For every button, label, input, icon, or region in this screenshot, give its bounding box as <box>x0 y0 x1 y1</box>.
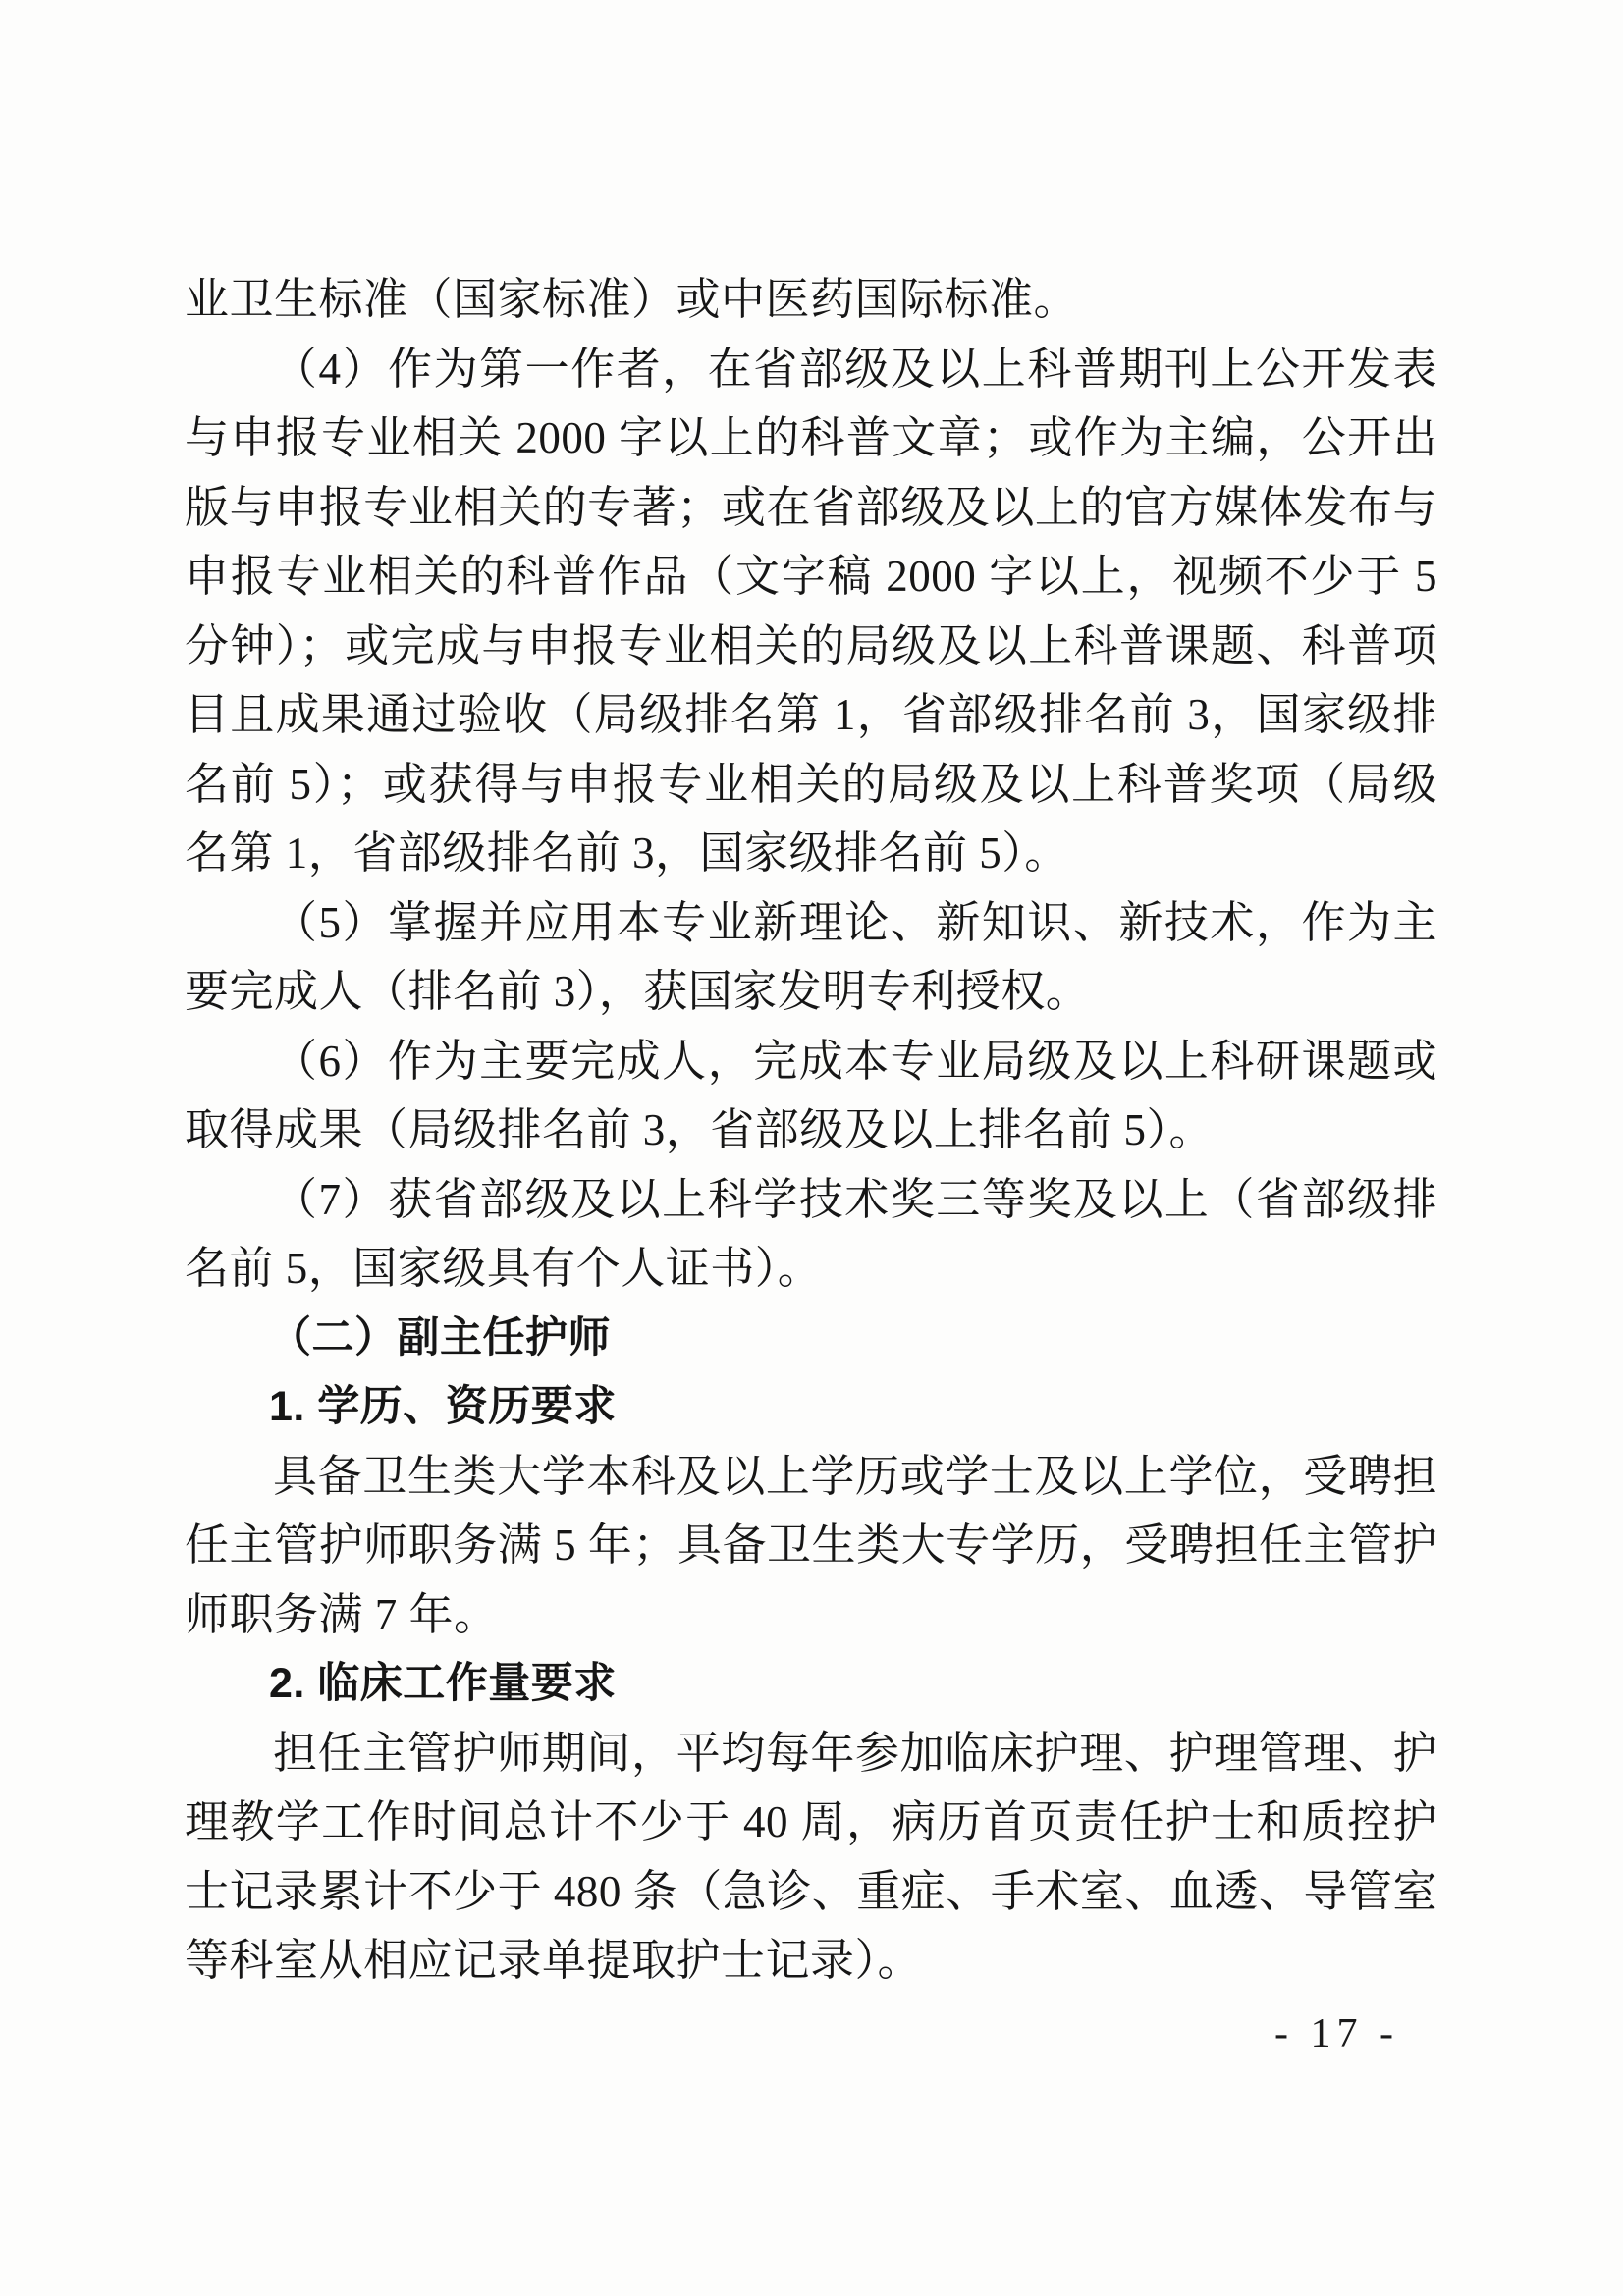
text-line: 等科室从相应记录单提取护士记录）。 <box>185 1926 1437 1996</box>
text-line: （4）作为第一作者，在省部级及以上科普期刊上公开发表 <box>185 335 1437 404</box>
text-line: 名前 5）；或获得与申报专业相关的局级及以上科普奖项（局级排 <box>185 750 1437 820</box>
text-line: 1. 学历、资历要求 <box>185 1372 1437 1442</box>
text-line: 业卫生标准（国家标准）或中医药国际标准。 <box>185 265 1437 335</box>
document-page: 业卫生标准（国家标准）或中医药国际标准。（4）作为第一作者，在省部级及以上科普期… <box>0 0 1623 2296</box>
text-line: 担任主管护师期间，平均每年参加临床护理、护理管理、护 <box>185 1719 1437 1789</box>
text-line: 取得成果（局级排名前 3，省部级及以上排名前 5）。 <box>185 1095 1437 1165</box>
text-line: 名第 1，省部级排名前 3，国家级排名前 5）。 <box>185 819 1437 888</box>
text-line: 与申报专业相关 2000 字以上的科普文章；或作为主编，公开出 <box>185 403 1437 473</box>
document-body: 业卫生标准（国家标准）或中医药国际标准。（4）作为第一作者，在省部级及以上科普期… <box>185 265 1437 1996</box>
text-line: 申报专业相关的科普作品（文字稿 2000 字以上，视频不少于 5 <box>185 542 1437 612</box>
text-line: 师职务满 7 年。 <box>185 1580 1437 1650</box>
text-line: （6）作为主要完成人，完成本专业局级及以上科研课题或 <box>185 1027 1437 1096</box>
text-line: 目且成果通过验收（局级排名第 1，省部级排名前 3，国家级排 <box>185 680 1437 750</box>
page-number: - 17 - <box>1274 2010 1399 2057</box>
text-line: （7）获省部级及以上科学技术奖三等奖及以上（省部级排 <box>185 1165 1437 1235</box>
text-line: 2. 临床工作量要求 <box>185 1649 1437 1719</box>
text-line: 名前 5，国家级具有个人证书）。 <box>185 1234 1437 1304</box>
text-line: 分钟）；或完成与申报专业相关的局级及以上科普课题、科普项 <box>185 612 1437 681</box>
text-line: 士记录累计不少于 480 条（急诊、重症、手术室、血透、导管室 <box>185 1857 1437 1927</box>
text-line: （二）副主任护师 <box>185 1304 1437 1373</box>
text-line: 要完成人（排名前 3），获国家发明专利授权。 <box>185 957 1437 1027</box>
text-line: 具备卫生类大学本科及以上学历或学士及以上学位，受聘担 <box>185 1442 1437 1512</box>
text-line: （5）掌握并应用本专业新理论、新知识、新技术，作为主 <box>185 888 1437 958</box>
text-line: 版与申报专业相关的专著；或在省部级及以上的官方媒体发布与 <box>185 473 1437 543</box>
text-line: 理教学工作时间总计不少于 40 周，病历首页责任护士和质控护 <box>185 1788 1437 1857</box>
text-line: 任主管护师职务满 5 年；具备卫生类大专学历，受聘担任主管护 <box>185 1511 1437 1580</box>
